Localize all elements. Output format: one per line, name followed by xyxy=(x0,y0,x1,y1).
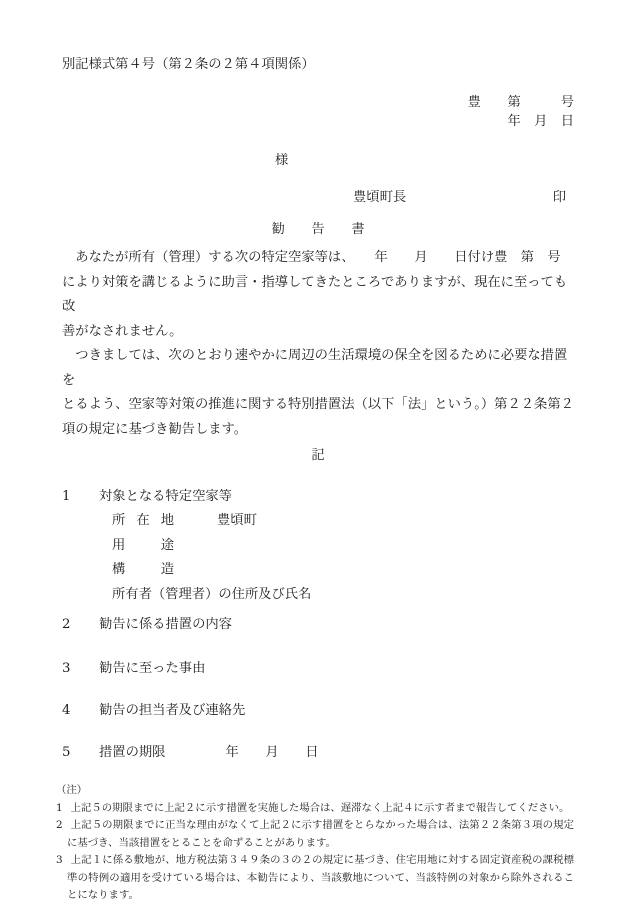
field-structure: 構造 xyxy=(112,558,574,583)
field-value: 豊頃町 xyxy=(217,513,257,528)
item-label: 対象となる特定空家等 xyxy=(99,489,232,504)
document-number-block: 豊 第 号 年 月 日 xyxy=(62,93,574,131)
item-label: 勧告に係る措置の内容 xyxy=(99,617,232,632)
notes-heading: （注） xyxy=(56,782,574,800)
item-number: 1 xyxy=(62,485,99,510)
item-heading: 2勧告に係る措置の内容 xyxy=(62,613,574,638)
field-location: 所在地豊頃町 xyxy=(112,509,574,534)
item-heading: 1対象となる特定空家等 xyxy=(62,485,574,510)
item-heading: 5措置の期限年 月 日 xyxy=(62,741,574,766)
body-line: により対策を講じるように助言・指導してきたところでありますが、現在に至っても改 xyxy=(62,271,574,320)
deadline-date-blank: 年 月 日 xyxy=(225,745,318,760)
body-text: あなたが所有（管理）する次の特定空家等は、 年 月 日付け豊 第 号 により対策… xyxy=(62,246,574,442)
item-number: 5 xyxy=(62,741,99,766)
body-line: 項の規定に基づき勧告します。 xyxy=(62,418,574,443)
addressee-honorific: 様 xyxy=(275,153,288,168)
item-heading: 4勧告の担当者及び連絡先 xyxy=(62,699,574,724)
document-title: 勧 告 書 xyxy=(62,220,574,239)
note-text: 上記５の期限までに正当な理由がなくて上記２に示す措置をとらなかった場合は、法第２… xyxy=(67,819,574,849)
list-item-3: 3勧告に至った事由 xyxy=(62,657,574,682)
item-label: 勧告の担当者及び連絡先 xyxy=(99,703,245,718)
list-item-1: 1対象となる特定空家等 所在地豊頃町 用途 構造 所有者（管理者）の住所及び氏名 xyxy=(62,485,574,608)
field-label: 用途 xyxy=(112,534,174,559)
note-number: 1 xyxy=(56,802,63,814)
list-item-5: 5措置の期限年 月 日 xyxy=(62,741,574,766)
field-label: 所在地 xyxy=(112,509,174,534)
note-number: 3 xyxy=(56,854,63,866)
field-owner: 所有者（管理者）の住所及び氏名 xyxy=(112,583,574,608)
list-item-4: 4勧告の担当者及び連絡先 xyxy=(62,699,574,724)
list-item-2: 2勧告に係る措置の内容 xyxy=(62,613,574,638)
note-text: 上記５の期限までに上記２に示す措置を実施した場合は、遅滞なく上記４に示す者まで報… xyxy=(71,802,570,814)
body-line: 善がなされません。 xyxy=(62,320,574,345)
note-number: 2 xyxy=(56,819,63,831)
note-item-1: 1上記５の期限までに上記２に示す措置を実施した場合は、遅滞なく上記４に示す者まで… xyxy=(56,800,574,818)
field-label: 構造 xyxy=(112,558,174,583)
addressee-line: 様 xyxy=(62,151,574,170)
item-number: 2 xyxy=(62,613,99,638)
item-number: 4 xyxy=(62,699,99,724)
sender-title: 豊頃町長 xyxy=(353,188,406,207)
note-text: 上記１に係る敷地が、地方税法第３４９条の３の２の規定に基づき、住宅用地に対する固… xyxy=(67,854,574,901)
field-label: 所有者（管理者）の住所及び氏名 xyxy=(112,587,311,602)
item-heading: 3勧告に至った事由 xyxy=(62,657,574,682)
field-use: 用途 xyxy=(112,534,574,559)
note-item-3: 3上記１に係る敷地が、地方税法第３４９条の３の２の規定に基づき、住宅用地に対する… xyxy=(56,852,574,903)
body-line: つきましては、次のとおり速やかに周辺の生活環境の保全を図るために必要な措置を xyxy=(62,344,574,393)
date-line: 年 月 日 xyxy=(62,112,574,131)
document-page: 別記様式第４号（第２条の２第４項関係） 豊 第 号 年 月 日 様 豊頃町長 印… xyxy=(0,0,630,903)
body-line: とるよう、空家等対策の推進に関する特別措置法（以下「法」という。）第２２条第２ xyxy=(62,393,574,418)
note-item-2: 2上記５の期限までに正当な理由がなくて上記２に示す措置をとらなかった場合は、法第… xyxy=(56,817,574,852)
seal-mark: 印 xyxy=(553,188,566,207)
body-line: あなたが所有（管理）する次の特定空家等は、 年 月 日付け豊 第 号 xyxy=(62,246,574,271)
item-label: 措置の期限 xyxy=(99,745,165,760)
notation-ki: 記 xyxy=(62,444,574,469)
form-number: 別記様式第４号（第２条の２第４項関係） xyxy=(62,55,574,74)
item-number: 3 xyxy=(62,657,99,682)
document-number-line: 豊 第 号 xyxy=(62,93,574,112)
notes-section: （注） 1上記５の期限までに上記２に示す措置を実施した場合は、遅滞なく上記４に示… xyxy=(56,782,574,903)
item-label: 勧告に至った事由 xyxy=(99,661,205,676)
sender-line: 豊頃町長 印 xyxy=(62,188,574,207)
